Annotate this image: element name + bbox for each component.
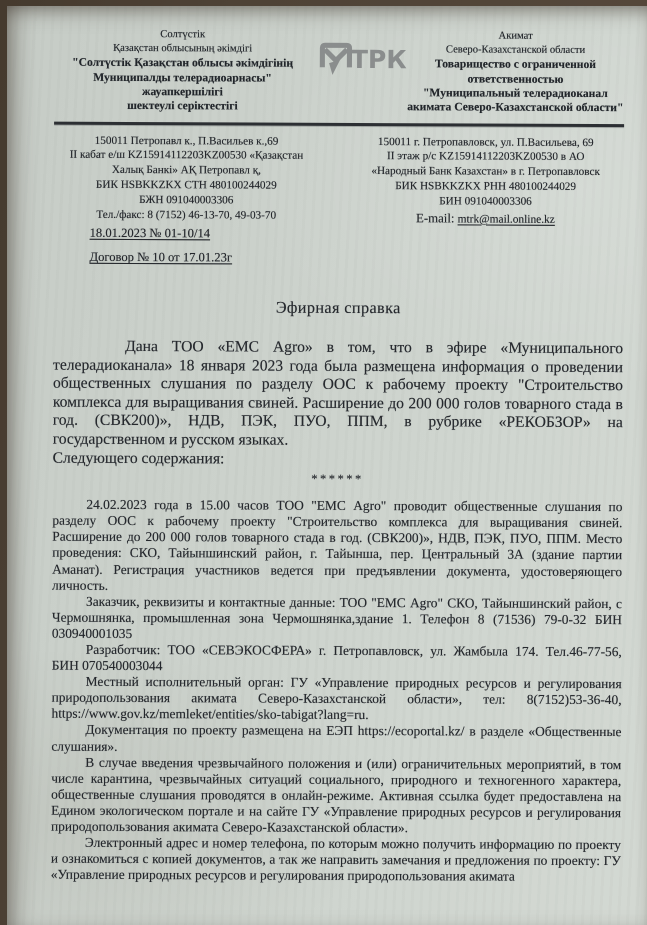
req-left-line: Халық Банкі» АҚ Петропавл қ, — [54, 163, 319, 179]
req-left-line: II кабат е/ш KZ15914112203KZ00530 «Қазақ… — [54, 148, 319, 164]
org-ru-line: "Муниципальный телерадиоканал — [407, 86, 625, 101]
header-divider — [54, 122, 624, 127]
req-left-line: БИК HSBKKZKX СТН 480100244029 — [54, 178, 319, 194]
req-left-line: БЖН 091040003306 — [54, 192, 319, 208]
requisites-right: 150011 г. Петропавловск, ул. П.Васильева… — [347, 135, 624, 268]
org-kk-line: Солтүстік — [54, 28, 311, 43]
org-ru-line: Северо-Казахстанской области — [407, 43, 625, 58]
org-kk-line: жауапкершілігі — [54, 84, 311, 99]
hearing-announcement-paragraph: 24.02.2023 года в 15.00 часов ТОО "ЕМС A… — [52, 497, 622, 596]
org-kk-line: Қазақстан облысының әкімдігі — [54, 42, 311, 57]
local-authority-paragraph: Местный исполнительный орган: ГУ «Управл… — [51, 674, 621, 725]
paper-sheet: Солтүстік Қазақстан облысының әкімдігі "… — [7, 6, 647, 925]
mtrk-logo-mark-icon — [311, 37, 355, 81]
req-right-line: «Народный Банк Казахстан» в г. Петропавл… — [347, 164, 623, 180]
asterisk-separator: ****** — [53, 471, 623, 488]
emergency-provisions-paragraph: В случае введения чрезвычайного положени… — [51, 754, 621, 837]
email-row: E-mail: mtrk@mail.online.kz — [347, 211, 624, 228]
developer-details-paragraph: Разработчик: ТОО «СЕВЭКОСФЕРА» г. Петроп… — [52, 642, 622, 677]
org-ru-line: Акимат — [407, 29, 625, 44]
intro-paragraph: Дана ТОО «ЕМС Agro» в том, что в эфире «… — [53, 338, 623, 452]
requisites-left: 150011 Петропавл к., П.Васильев к.,69 II… — [53, 133, 319, 266]
org-name-kazakh: Солтүстік Қазақстан облысының әкімдігі "… — [54, 28, 311, 114]
intro-tail-line: Следующего содержания: — [53, 449, 623, 470]
org-ru-line: акимата Северо-Казахстанской области" — [406, 100, 624, 115]
email-label: E-mail: — [416, 211, 454, 225]
email-value: mtrk@mail.online.kz — [458, 213, 555, 225]
org-ru-line: ответственностью — [407, 72, 625, 87]
announcement-body: 24.02.2023 года в 15.00 часов ТОО "ЕМС A… — [51, 497, 623, 886]
letterhead: Солтүстік Қазақстан облысының әкімдігі "… — [54, 28, 624, 116]
org-kk-line: шектеулі серіктестігі — [54, 99, 311, 114]
req-right-line: 150011 г. Петропавловск, ул. П.Васильева… — [348, 135, 624, 151]
org-kk-line: "Солтүстік Қазақстан облысы әкімдігінің — [54, 56, 311, 71]
org-kk-line: Муниципалды телерадиоарнасы" — [54, 70, 311, 85]
req-right-line: БИН 091040003306 — [347, 194, 623, 210]
customer-details-paragraph: Заказчик, реквизиты и контактные данные:… — [52, 593, 622, 644]
document-title: Эфирная справка — [53, 298, 623, 319]
mtrk-logo-text: ТРК — [351, 46, 407, 71]
documentation-location-paragraph: Документация по проекту размещена на ЕЭП… — [51, 722, 621, 757]
contact-info-paragraph: Электронный адрес и номер телефона, по к… — [51, 835, 621, 886]
scanned-document: Солтүстік Қазақстан облысының әкімдігі "… — [0, 0, 647, 925]
req-right-line: II этаж р/с KZ15914112203KZ00530 в АО — [347, 149, 623, 165]
contract-number: Договор № 10 от 17.01.23г — [53, 250, 318, 266]
req-left-line: 150011 Петропавл к., П.Васильев к.,69 — [54, 133, 319, 149]
org-name-russian: Акимат Северо-Казахстанской области Това… — [406, 29, 624, 115]
org-ru-line: Товарищество с ограниченной — [407, 58, 625, 73]
doc-date-number: 18.01.2023 № 01-10/14 — [54, 226, 319, 242]
req-right-line: БИК HSBKKZKX РНН 480100244029 — [347, 179, 623, 195]
page-content: Солтүстік Қазақстан облысының әкімдігі "… — [5, 5, 647, 925]
requisites-row: 150011 Петропавл к., П.Васильев к.,69 II… — [53, 133, 624, 267]
mtrk-logo: ТРК — [311, 29, 407, 81]
req-left-line: Тел./факс: 8 (7152) 46-13-70, 49-03-70 — [54, 207, 319, 223]
